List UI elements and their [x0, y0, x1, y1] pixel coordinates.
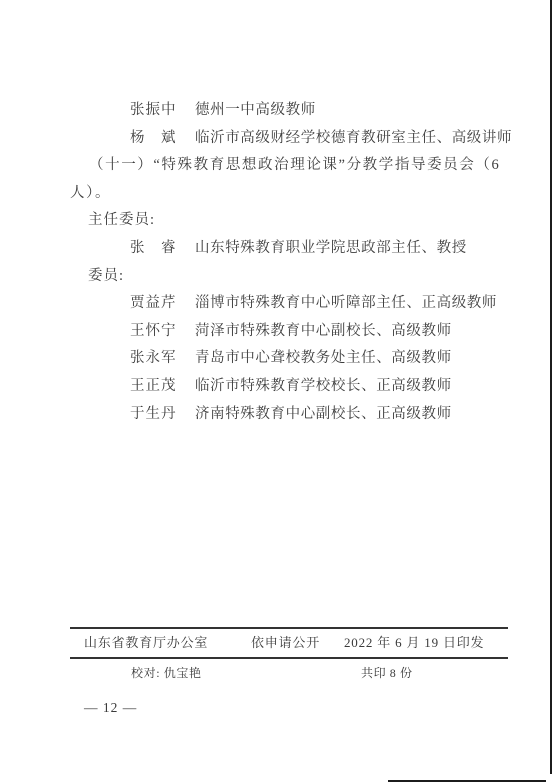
scan-edge-bottom [388, 780, 546, 782]
role-label-line: 主任委员: [70, 207, 516, 235]
member-line: 于生丹济南特殊教育中心副校长、正高级教师 [70, 401, 516, 429]
footer-rule-top [70, 627, 508, 629]
scan-edge-right [550, 0, 552, 774]
member-title: 山东特殊教育职业学院思政部主任、教授 [195, 240, 467, 256]
member-name: 王怀宁 [130, 318, 195, 346]
proofreader-label: 校对: [131, 666, 160, 680]
member-name: 贾益芹 [130, 290, 195, 318]
footer-rule-bottom [70, 657, 508, 659]
paragraph-line: 人）。 [70, 180, 516, 208]
proofreader-name: 仇宝艳 [164, 666, 202, 680]
member-name: 张 睿 [130, 235, 195, 263]
member-title: 临沂市特殊教育学校校长、正高级教师 [195, 378, 452, 394]
member-name: 于生丹 [130, 401, 195, 429]
member-name: 张永军 [130, 345, 195, 373]
footer-proofreader: 校对: 仇宝艳 [131, 663, 202, 683]
member-name: 杨 斌 [130, 125, 195, 153]
document-page: 张振中德州一中高级教师杨 斌临沂市高级财经学校德育教研室主任、高级讲师（十一）“… [0, 0, 554, 783]
member-line: 张 睿山东特殊教育职业学院思政部主任、教授 [70, 235, 516, 263]
member-line: 贾益芹淄博市特殊教育中心听障部主任、正高级教师 [70, 290, 516, 318]
member-line: 张永军青岛市中心聋校教务处主任、高级教师 [70, 345, 516, 373]
footer-issuer: 山东省教育厅办公室 [84, 632, 208, 654]
member-title: 德州一中高级教师 [195, 102, 316, 118]
member-line: 王怀宁菏泽市特殊教育中心副校长、高级教师 [70, 318, 516, 346]
footer-copies: 共印 8 份 [361, 663, 413, 683]
member-title: 青岛市中心聋校教务处主任、高级教师 [195, 350, 452, 366]
page-number: — 12 — [84, 698, 137, 718]
member-name: 王正茂 [130, 373, 195, 401]
footer-print-date: 2022 年 6 月 19 日印发 [344, 632, 484, 654]
member-line: 杨 斌临沂市高级财经学校德育教研室主任、高级讲师 [70, 125, 516, 153]
member-title: 淄博市特殊教育中心听障部主任、正高级教师 [195, 295, 497, 311]
paragraph-line: （十一）“特殊教育思想政治理论课”分教学指导委员会（6 [70, 152, 516, 180]
member-title: 临沂市高级财经学校德育教研室主任、高级讲师 [195, 130, 512, 146]
role-label-line: 委员: [70, 263, 516, 291]
footer-disclosure: 依申请公开 [251, 632, 320, 654]
member-line: 张振中德州一中高级教师 [70, 97, 516, 125]
member-line: 王正茂临沂市特殊教育学校校长、正高级教师 [70, 373, 516, 401]
member-title: 菏泽市特殊教育中心副校长、高级教师 [195, 323, 452, 339]
member-name: 张振中 [130, 97, 195, 125]
member-title: 济南特殊教育中心副校长、正高级教师 [195, 406, 452, 422]
document-body: 张振中德州一中高级教师杨 斌临沂市高级财经学校德育教研室主任、高级讲师（十一）“… [70, 97, 516, 428]
